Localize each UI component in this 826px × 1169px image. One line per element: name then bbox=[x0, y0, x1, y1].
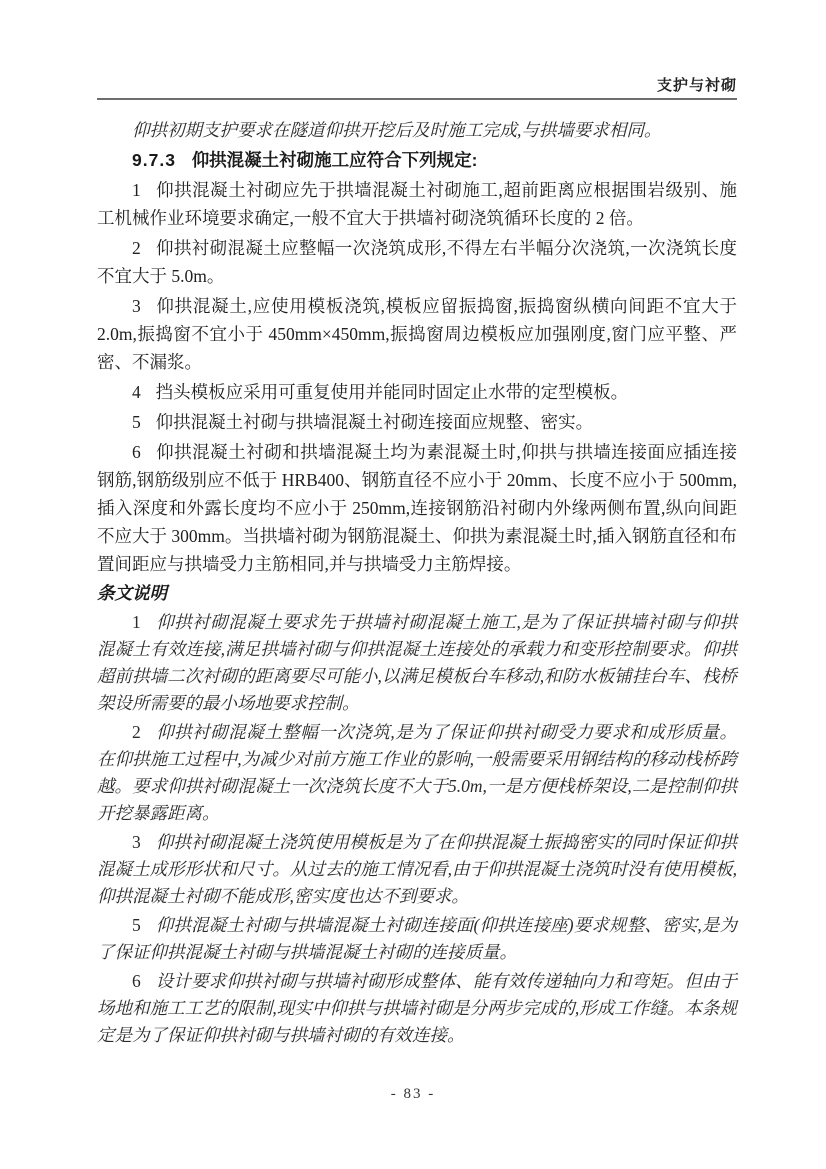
commentary-text: 仰拱衬砌混凝土要求先于拱墙衬砌混凝土施工,是为了保证拱墙衬砌与仰拱混凝土有效连接… bbox=[97, 612, 737, 713]
item-number: 6 bbox=[132, 442, 141, 462]
commentary-number: 6 bbox=[132, 971, 141, 991]
commentary-paragraph-3: 3仰拱衬砌混凝土浇筑使用模板是为了在仰拱混凝土振捣密实的同时保证仰拱混凝土成形形… bbox=[97, 829, 737, 910]
commentary-text: 仰拱混凝土衬砌与拱墙混凝土衬砌连接面(仰拱连接座)要求规整、密实,是为了保证仰拱… bbox=[97, 915, 737, 962]
page-content: 仰拱初期支护要求在隧道仰拱开挖后及时施工完成,与拱墙要求相同。 9.7.3仰拱混… bbox=[97, 100, 737, 1049]
commentary-paragraph-2: 2仰拱衬砌混凝土整幅一次浇筑,是为了保证仰拱衬砌受力要求和成形质量。在仰拱施工过… bbox=[97, 719, 737, 827]
clause-item-4: 4挡头模板应采用可重复使用并能同时固定止水带的定型模板。 bbox=[97, 378, 737, 406]
commentary-number: 1 bbox=[132, 612, 141, 632]
item-text: 仰拱混凝土衬砌与拱墙混凝土衬砌连接面应规整、密实。 bbox=[156, 412, 594, 432]
section-title: 仰拱混凝土衬砌施工应符合下列规定: bbox=[192, 150, 478, 170]
commentary-heading: 条文说明 bbox=[97, 580, 737, 607]
clause-item-6: 6仰拱混凝土衬砌和拱墙混凝土均为素混凝土时,仰拱与拱墙连接面应插连接钢筋,钢筋级… bbox=[97, 438, 737, 578]
intro-paragraph: 仰拱初期支护要求在隧道仰拱开挖后及时施工完成,与拱墙要求相同。 bbox=[97, 116, 737, 144]
commentary-paragraph-1: 1仰拱衬砌混凝土要求先于拱墙衬砌混凝土施工,是为了保证拱墙衬砌与仰拱混凝土有效连… bbox=[97, 609, 737, 717]
section-number: 9.7.3 bbox=[132, 150, 176, 170]
item-text: 仰拱混凝土,应使用模板浇筑,模板应留振捣窗,振捣窗纵横向间距不宜大于 2.0m,… bbox=[97, 296, 737, 372]
intro-paragraph-text: 仰拱初期支护要求在隧道仰拱开挖后及时施工完成,与拱墙要求相同。 bbox=[132, 120, 661, 140]
commentary-number: 2 bbox=[132, 722, 141, 742]
commentary-number: 5 bbox=[132, 915, 141, 935]
section-heading: 9.7.3仰拱混凝土衬砌施工应符合下列规定: bbox=[97, 146, 737, 174]
commentary-paragraph-6: 6设计要求仰拱衬砌与拱墙衬砌形成整体、能有效传递轴向力和弯矩。但由于场地和施工工… bbox=[97, 968, 737, 1049]
item-text: 仰拱衬砌混凝土应整幅一次浇筑成形,不得左右半幅分次浇筑,一次浇筑长度不宜大于 5… bbox=[97, 238, 737, 286]
item-number: 1 bbox=[132, 180, 141, 200]
item-number: 2 bbox=[132, 238, 141, 258]
item-number: 3 bbox=[132, 296, 141, 316]
clause-item-5: 5仰拱混凝土衬砌与拱墙混凝土衬砌连接面应规整、密实。 bbox=[97, 408, 737, 436]
item-text: 挡头模板应采用可重复使用并能同时固定止水带的定型模板。 bbox=[156, 382, 629, 402]
page-header: 支护与衬砌 bbox=[97, 0, 737, 100]
commentary-text: 仰拱衬砌混凝土整幅一次浇筑,是为了保证仰拱衬砌受力要求和成形质量。在仰拱施工过程… bbox=[97, 722, 737, 823]
clause-item-1: 1仰拱混凝土衬砌应先于拱墙混凝土衬砌施工,超前距离应根据围岩级别、施工机械作业环… bbox=[97, 176, 737, 232]
clause-item-2: 2仰拱衬砌混凝土应整幅一次浇筑成形,不得左右半幅分次浇筑,一次浇筑长度不宜大于 … bbox=[97, 234, 737, 290]
commentary-number: 3 bbox=[132, 832, 141, 852]
item-text: 仰拱混凝土衬砌应先于拱墙混凝土衬砌施工,超前距离应根据围岩级别、施工机械作业环境… bbox=[97, 180, 737, 228]
commentary-text: 设计要求仰拱衬砌与拱墙衬砌形成整体、能有效传递轴向力和弯矩。但由于场地和施工工艺… bbox=[97, 971, 737, 1045]
commentary-section: 条文说明 1仰拱衬砌混凝土要求先于拱墙衬砌混凝土施工,是为了保证拱墙衬砌与仰拱混… bbox=[97, 580, 737, 1049]
document-page: 支护与衬砌 仰拱初期支护要求在隧道仰拱开挖后及时施工完成,与拱墙要求相同。 9.… bbox=[0, 0, 826, 1169]
commentary-text: 仰拱衬砌混凝土浇筑使用模板是为了在仰拱混凝土振捣密实的同时保证仰拱混凝土成形形状… bbox=[97, 832, 737, 906]
item-text: 仰拱混凝土衬砌和拱墙混凝土均为素混凝土时,仰拱与拱墙连接面应插连接钢筋,钢筋级别… bbox=[97, 442, 737, 574]
item-number: 5 bbox=[132, 412, 141, 432]
item-number: 4 bbox=[132, 382, 141, 402]
clause-item-3: 3仰拱混凝土,应使用模板浇筑,模板应留振捣窗,振捣窗纵横向间距不宜大于 2.0m… bbox=[97, 292, 737, 376]
commentary-paragraph-5: 5仰拱混凝土衬砌与拱墙混凝土衬砌连接面(仰拱连接座)要求规整、密实,是为了保证仰… bbox=[97, 912, 737, 966]
running-title: 支护与衬砌 bbox=[657, 77, 737, 94]
page-number: - 83 - bbox=[0, 1086, 826, 1103]
